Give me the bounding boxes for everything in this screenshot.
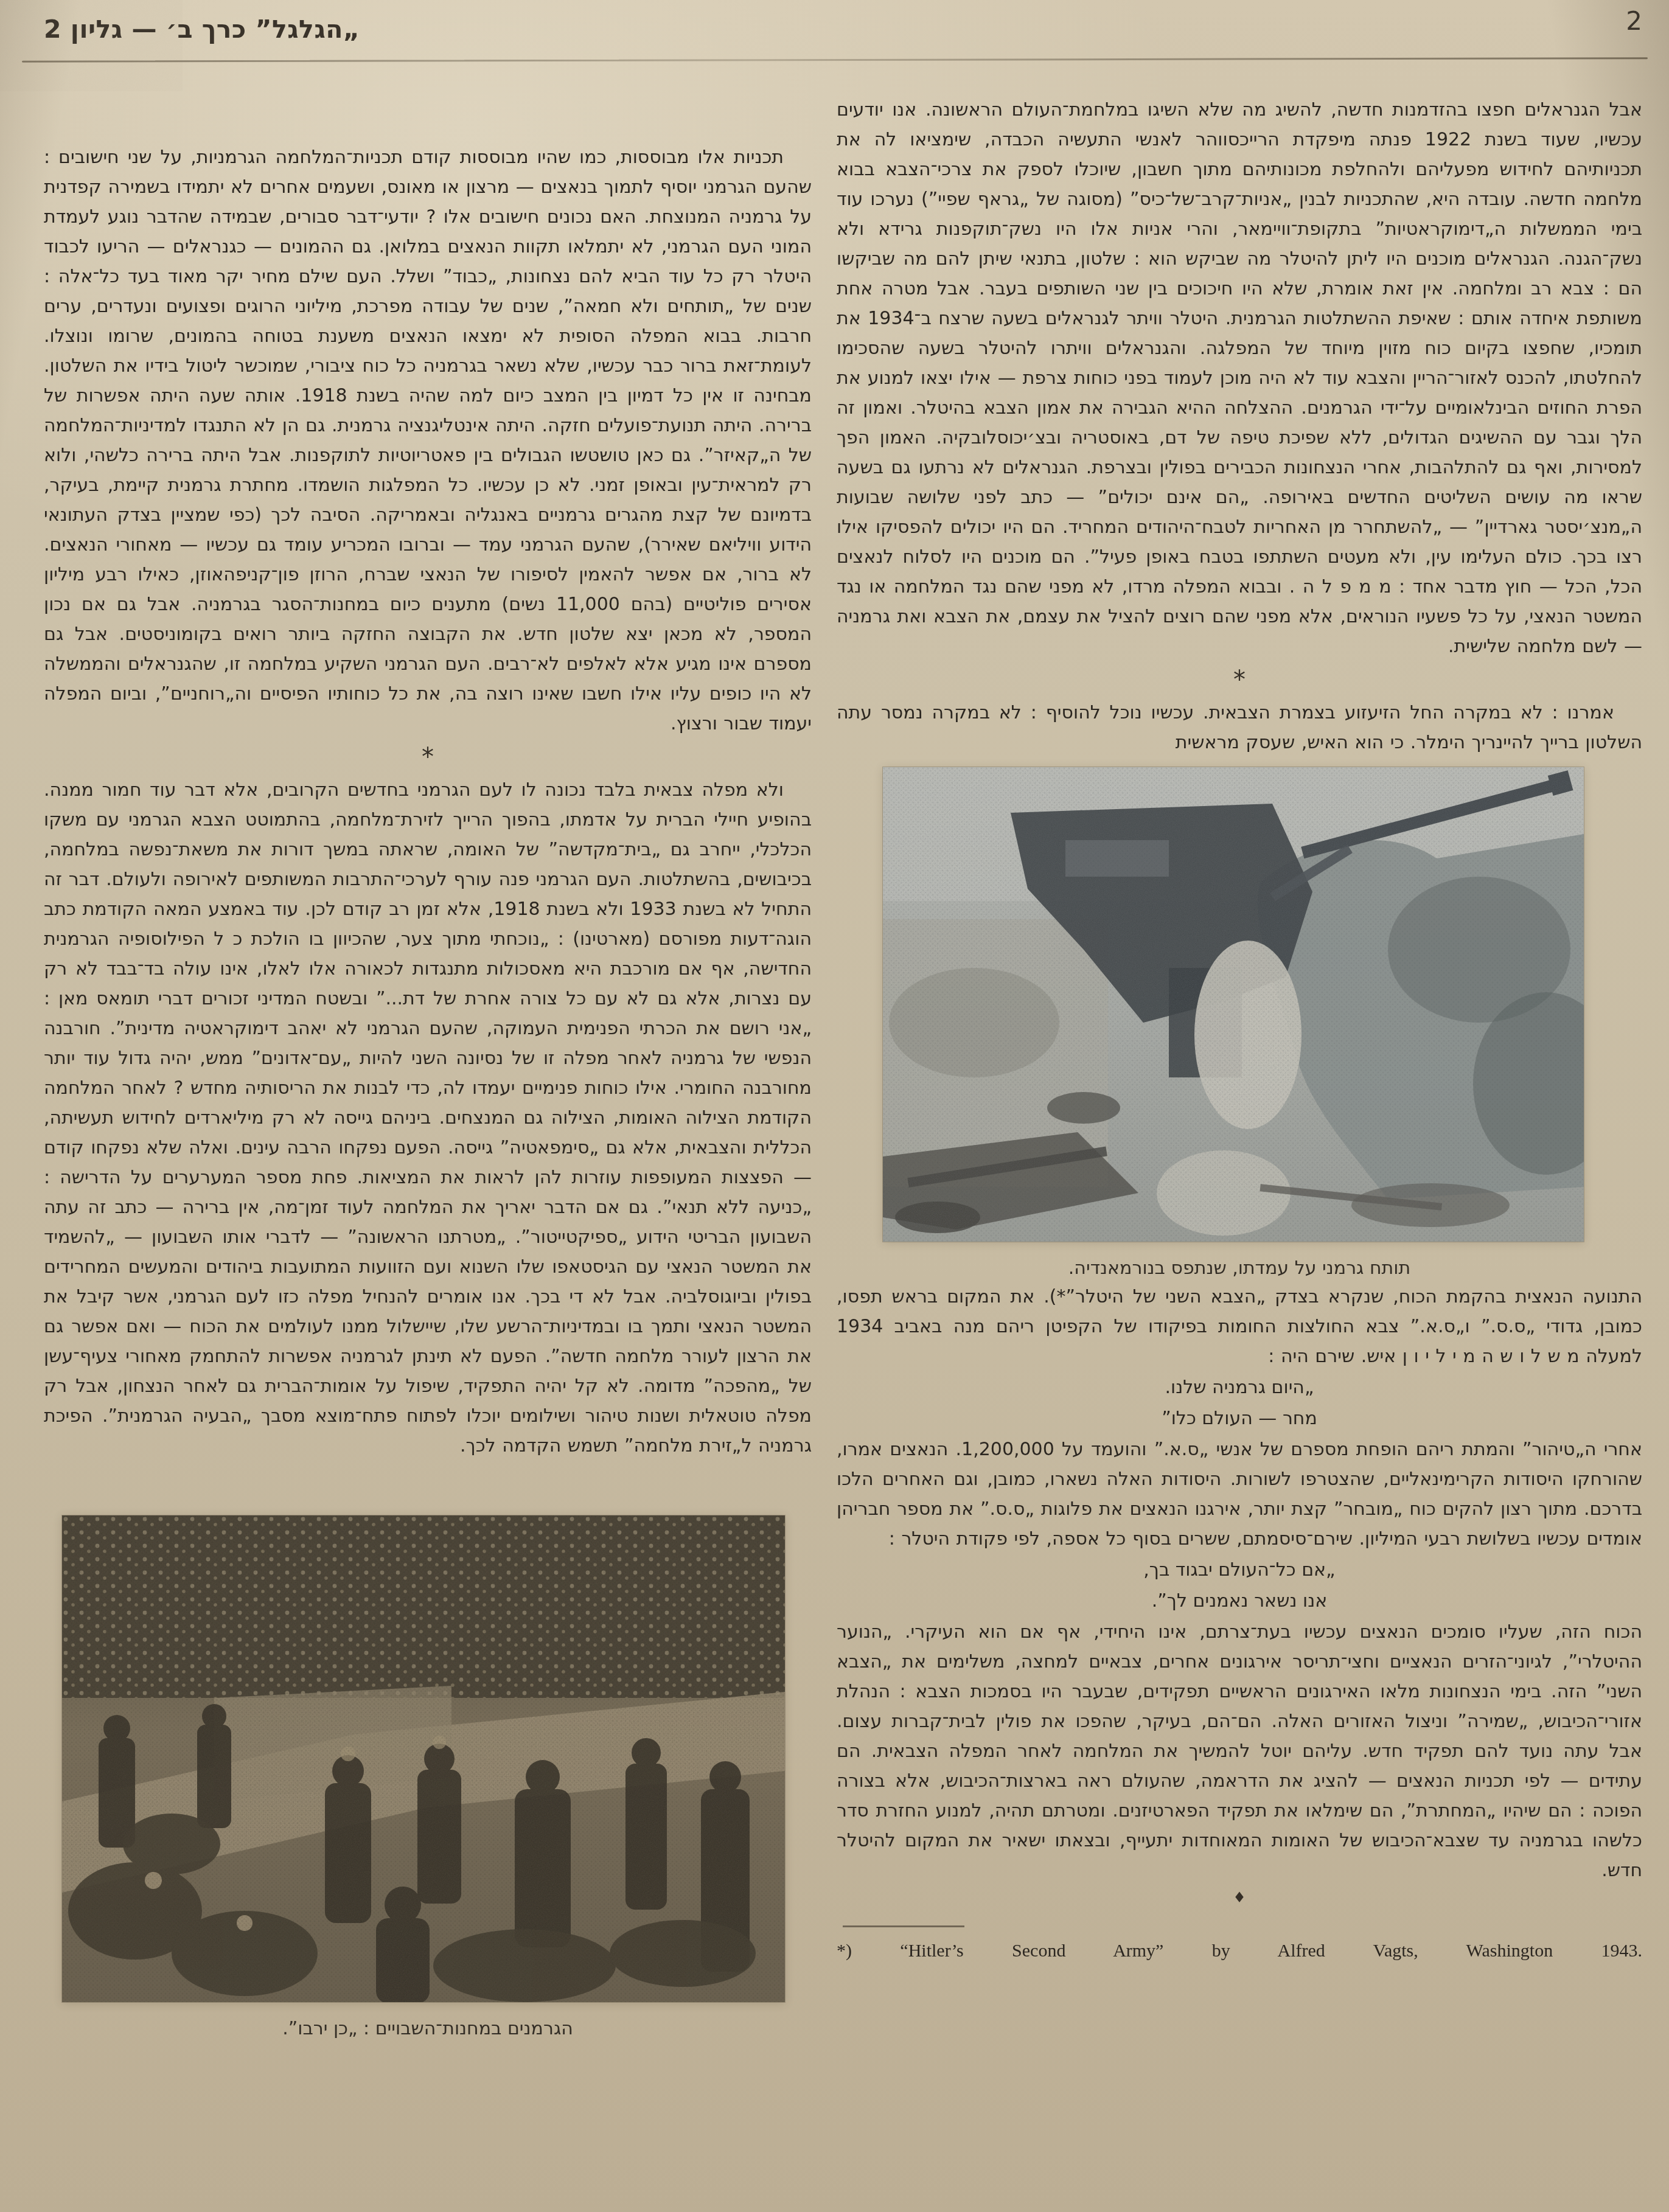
section-divider: ♦ [837, 1887, 1642, 1908]
verse-line: „היום גרמניה שלנו. [837, 1372, 1642, 1402]
paragraph: הכוח הזה, שעליו סומכים הנאצים עכשיו בעת־… [837, 1617, 1642, 1885]
scanned-magazine-page: „הגלגל” כרך ב׳ — גליון 2 2 אבל הגנראלים … [0, 0, 1669, 2212]
page-title: „הגלגל” כרך ב׳ — גליון 2 [44, 15, 360, 44]
section-divider: * [837, 663, 1642, 698]
paragraph: ולא מפלה צבאית בלבד נכונה לו לעם הגרמני … [44, 775, 812, 1461]
verse-line: „אם כל־העולם יבגוד בך, [837, 1555, 1642, 1585]
paragraph: אחרי ה„טיהור” והמתת ריהם הופחת מספרם של … [837, 1435, 1642, 1554]
page-number: 2 [1626, 6, 1642, 36]
verse-line: אנו נשאר נאמנים לך”. [837, 1586, 1642, 1616]
column-left: תכניות אלו מבוססות, כמו שהיו מבוססות קוד… [44, 142, 812, 2042]
footnote-text: *) “Hitler’s Second Army” by Alfred Vagt… [837, 1936, 1642, 1966]
verse-line: מחר — העולם כלו” [837, 1403, 1642, 1433]
destroyed-gun-illustration [883, 767, 1584, 1242]
paragraph: אבל הגנראלים חפצו בהזדמנות חדשה, להשיג מ… [837, 95, 1642, 661]
paragraph: תכניות אלו מבוססות, כמו שהיו מבוססות קוד… [44, 142, 812, 739]
photo-german-prisoners-camp [62, 1515, 785, 2002]
column-right: אבל הגנראלים חפצו בהזדמנות חדשה, להשיג מ… [837, 95, 1642, 1966]
header-rule [22, 57, 1648, 63]
paragraph: אמרנו : לא במקרה החל הזיעזוע בצמרת הצבאי… [837, 698, 1642, 757]
photo-caption: תותח גרמני על עמדתו, שנתפס בנורמאנדיה. [837, 1255, 1642, 1282]
footnote-rule [843, 1925, 964, 1927]
section-divider: * [44, 740, 812, 775]
paper-grain-overlay [0, 0, 183, 91]
paragraph: התנועה הנאצית בהקמת הכוח, שנקרא בצדק „הצ… [837, 1282, 1642, 1371]
prisoners-camp-illustration [62, 1515, 785, 2002]
photo-destroyed-german-gun [883, 767, 1584, 1242]
photo-caption: הגרמנים במחנות־השבויים : „כן ירבו”. [44, 2015, 812, 2042]
